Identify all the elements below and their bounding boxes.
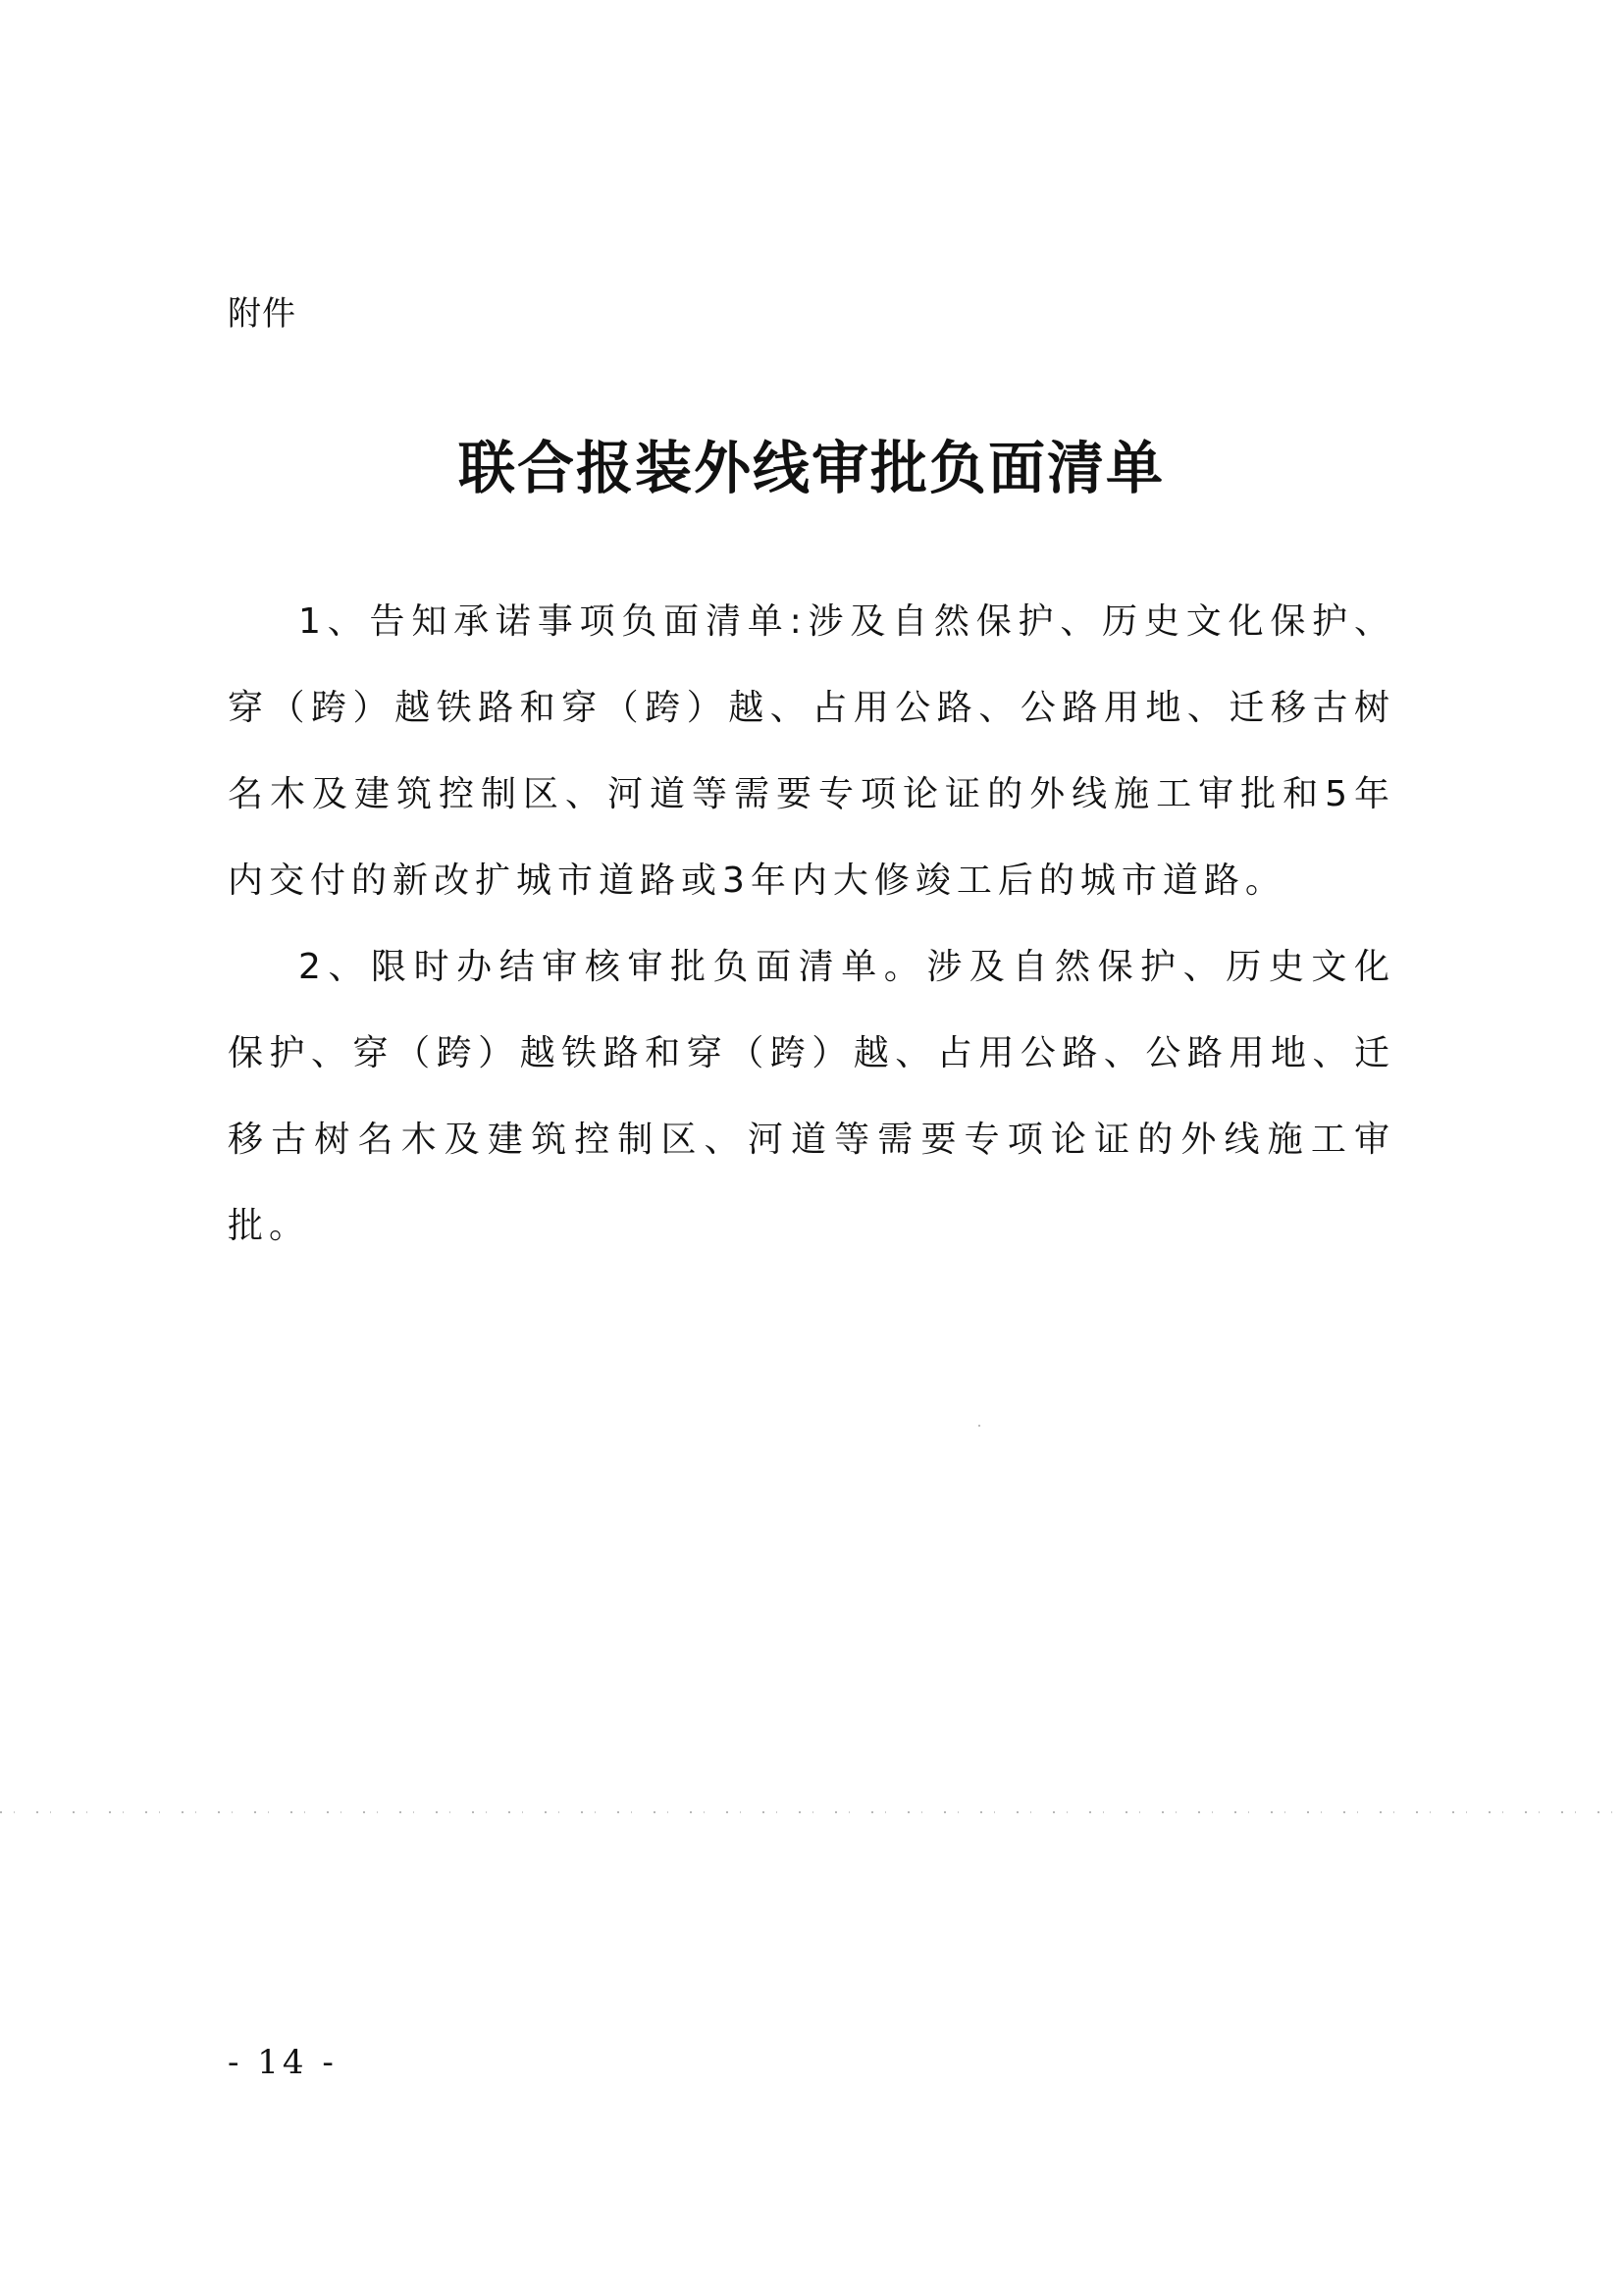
document-page: 附件 联合报装外线审批负面清单 1、告知承诺事项负面清单:涉及自然保护、历史文化… <box>0 0 1623 2296</box>
scan-speck <box>978 1425 980 1427</box>
page-number: - 14 - <box>228 2043 338 2082</box>
attachment-label: 附件 <box>228 287 296 335</box>
paragraph-1: 1、告知承诺事项负面清单:涉及自然保护、历史文化保护、穿（跨）越铁路和穿（跨）越… <box>228 579 1395 924</box>
scan-artifact-line <box>0 1811 1623 1813</box>
document-body: 1、告知承诺事项负面清单:涉及自然保护、历史文化保护、穿（跨）越铁路和穿（跨）越… <box>228 579 1395 1270</box>
paragraph-2: 2、限时办结审核审批负面清单。涉及自然保护、历史文化保护、穿（跨）越铁路和穿（跨… <box>228 924 1395 1270</box>
document-title: 联合报装外线审批负面清单 <box>0 422 1623 504</box>
